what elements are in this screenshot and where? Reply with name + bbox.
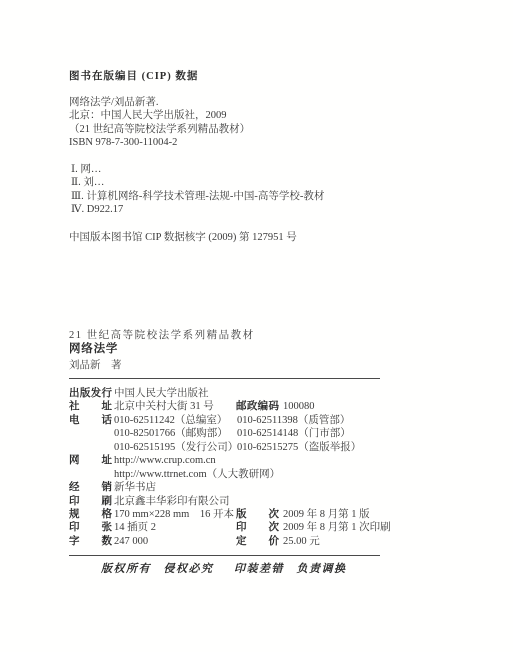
colophon-row-phone-3: 010-62515195（发行公司） 010-62515275（盗版举报） <box>69 441 389 454</box>
cip-entry-block: 网络法学/刘品新著. 北京：中国人民大学出版社，2009 （21 世纪高等院校法… <box>69 96 250 150</box>
colophon-label: 印张 <box>69 521 112 534</box>
colophon-value: 010-62515275（盗版举报） <box>237 441 361 454</box>
colophon-value: 010-62514148（门市部） <box>237 427 351 440</box>
colophon-row-phone-1: 电话 010-62511242（总编室） 010-62511398（质管部） <box>69 414 389 427</box>
colophon-table: 出版发行 中国人民大学出版社 社址 北京中关村大街 31 号 邮政编码 1000… <box>69 387 389 548</box>
cip-record-line: 中国版本图书馆 CIP 数据核字 (2009) 第 127951 号 <box>69 231 297 244</box>
colophon-value: 010-82501766（邮购部） <box>114 427 228 440</box>
colophon-row-phone-2: 010-82501766（邮购部） 010-62514148（门市部） <box>69 427 389 440</box>
copyright-notice: 版权所有 侵权必究 印装差错 负责调换 <box>0 560 513 574</box>
colophon-value: 北京鑫丰华彩印有限公司 <box>114 495 230 508</box>
colophon-label: 电话 <box>69 414 112 427</box>
colophon-value: 2009 年 8 月第 1 版 <box>283 508 370 521</box>
cip-entry-line: 北京：中国人民大学出版社，2009 <box>69 109 250 122</box>
colophon-label: 社址 <box>69 400 112 413</box>
colophon-value: 010-62511242（总编室） <box>114 414 227 427</box>
cip-entry-line: ISBN 978-7-300-11004-2 <box>69 136 250 149</box>
divider-top <box>69 378 380 379</box>
cip-classification-line: Ⅰ. 网… <box>71 163 324 176</box>
colophon-row-website-1: 网址 http://www.crup.com.cn <box>69 454 389 467</box>
copyright-page: 图书在版编目 (CIP) 数据 网络法学/刘品新著. 北京：中国人民大学出版社，… <box>0 0 513 652</box>
colophon-label: 版次 <box>236 508 279 521</box>
colophon-row-format: 规格 170 mm×228 mm 16 开本 版次 2009 年 8 月第 1 … <box>69 508 389 521</box>
colophon-label: 印刷 <box>69 495 112 508</box>
cip-classification-line: Ⅲ. 计算机网络-科学技术管理-法规-中国-高等学校-教材 <box>71 190 324 203</box>
colophon-row-sheets: 印张 14 插页 2 印次 2009 年 8 月第 1 次印刷 <box>69 521 389 534</box>
cip-entry-line: （21 世纪高等院校法学系列精品教材） <box>69 123 250 136</box>
colophon-label: 规格 <box>69 508 112 521</box>
colophon-value: 2009 年 8 月第 1 次印刷 <box>283 521 391 534</box>
colophon-value: 25.00 元 <box>283 535 320 548</box>
colophon-value: 14 插页 2 <box>114 521 156 534</box>
colophon-value: 170 mm×228 mm 16 开本 <box>114 508 234 521</box>
series-title: 21 世纪高等院校法学系列精品教材 <box>69 329 255 342</box>
colophon-row-website-2: http://www.ttrnet.com（人大教研网） <box>69 468 389 481</box>
book-author: 刘品新 著 <box>69 359 122 372</box>
divider-bottom <box>69 555 380 556</box>
cip-classification-line: Ⅳ. D922.17 <box>71 203 324 216</box>
copyright-notice-right: 印装差错 负责调换 <box>234 560 347 576</box>
colophon-row-distributor: 经销 新华书店 <box>69 481 389 494</box>
colophon-row-address: 社址 北京中关村大街 31 号 邮政编码 100080 <box>69 400 389 413</box>
colophon-value: 北京中关村大街 31 号 <box>114 400 214 413</box>
colophon-label: 字数 <box>69 535 112 548</box>
copyright-notice-left: 版权所有 侵权必究 <box>101 560 214 576</box>
colophon-value: 010-62515195（发行公司） <box>114 441 238 454</box>
book-title: 网络法学 <box>69 343 118 356</box>
colophon-value: 247 000 <box>114 535 148 548</box>
colophon-value: 100080 <box>283 400 315 413</box>
cip-entry-line: 网络法学/刘品新著. <box>69 96 250 109</box>
colophon-label: 经销 <box>69 481 112 494</box>
colophon-row-publisher: 出版发行 中国人民大学出版社 <box>69 387 389 400</box>
colophon-label: 出版发行 <box>69 387 112 400</box>
colophon-label: 印次 <box>236 521 279 534</box>
colophon-row-printer: 印刷 北京鑫丰华彩印有限公司 <box>69 495 389 508</box>
colophon-value: http://www.crup.com.cn <box>114 454 216 467</box>
colophon-value: 新华书店 <box>114 481 156 494</box>
colophon-label: 网址 <box>69 454 112 467</box>
colophon-label: 定价 <box>236 535 279 548</box>
cip-classification-line: Ⅱ. 刘… <box>71 176 324 189</box>
colophon-value: 010-62511398（质管部） <box>237 414 350 427</box>
cip-classification-block: Ⅰ. 网… Ⅱ. 刘… Ⅲ. 计算机网络-科学技术管理-法规-中国-高等学校-教… <box>71 163 324 217</box>
colophon-label: 邮政编码 <box>236 400 279 413</box>
cip-header: 图书在版编目 (CIP) 数据 <box>69 70 198 83</box>
colophon-value: 中国人民大学出版社 <box>114 387 209 400</box>
colophon-row-wordcount: 字数 247 000 定价 25.00 元 <box>69 535 389 548</box>
colophon-value: http://www.ttrnet.com（人大教研网） <box>114 468 280 481</box>
